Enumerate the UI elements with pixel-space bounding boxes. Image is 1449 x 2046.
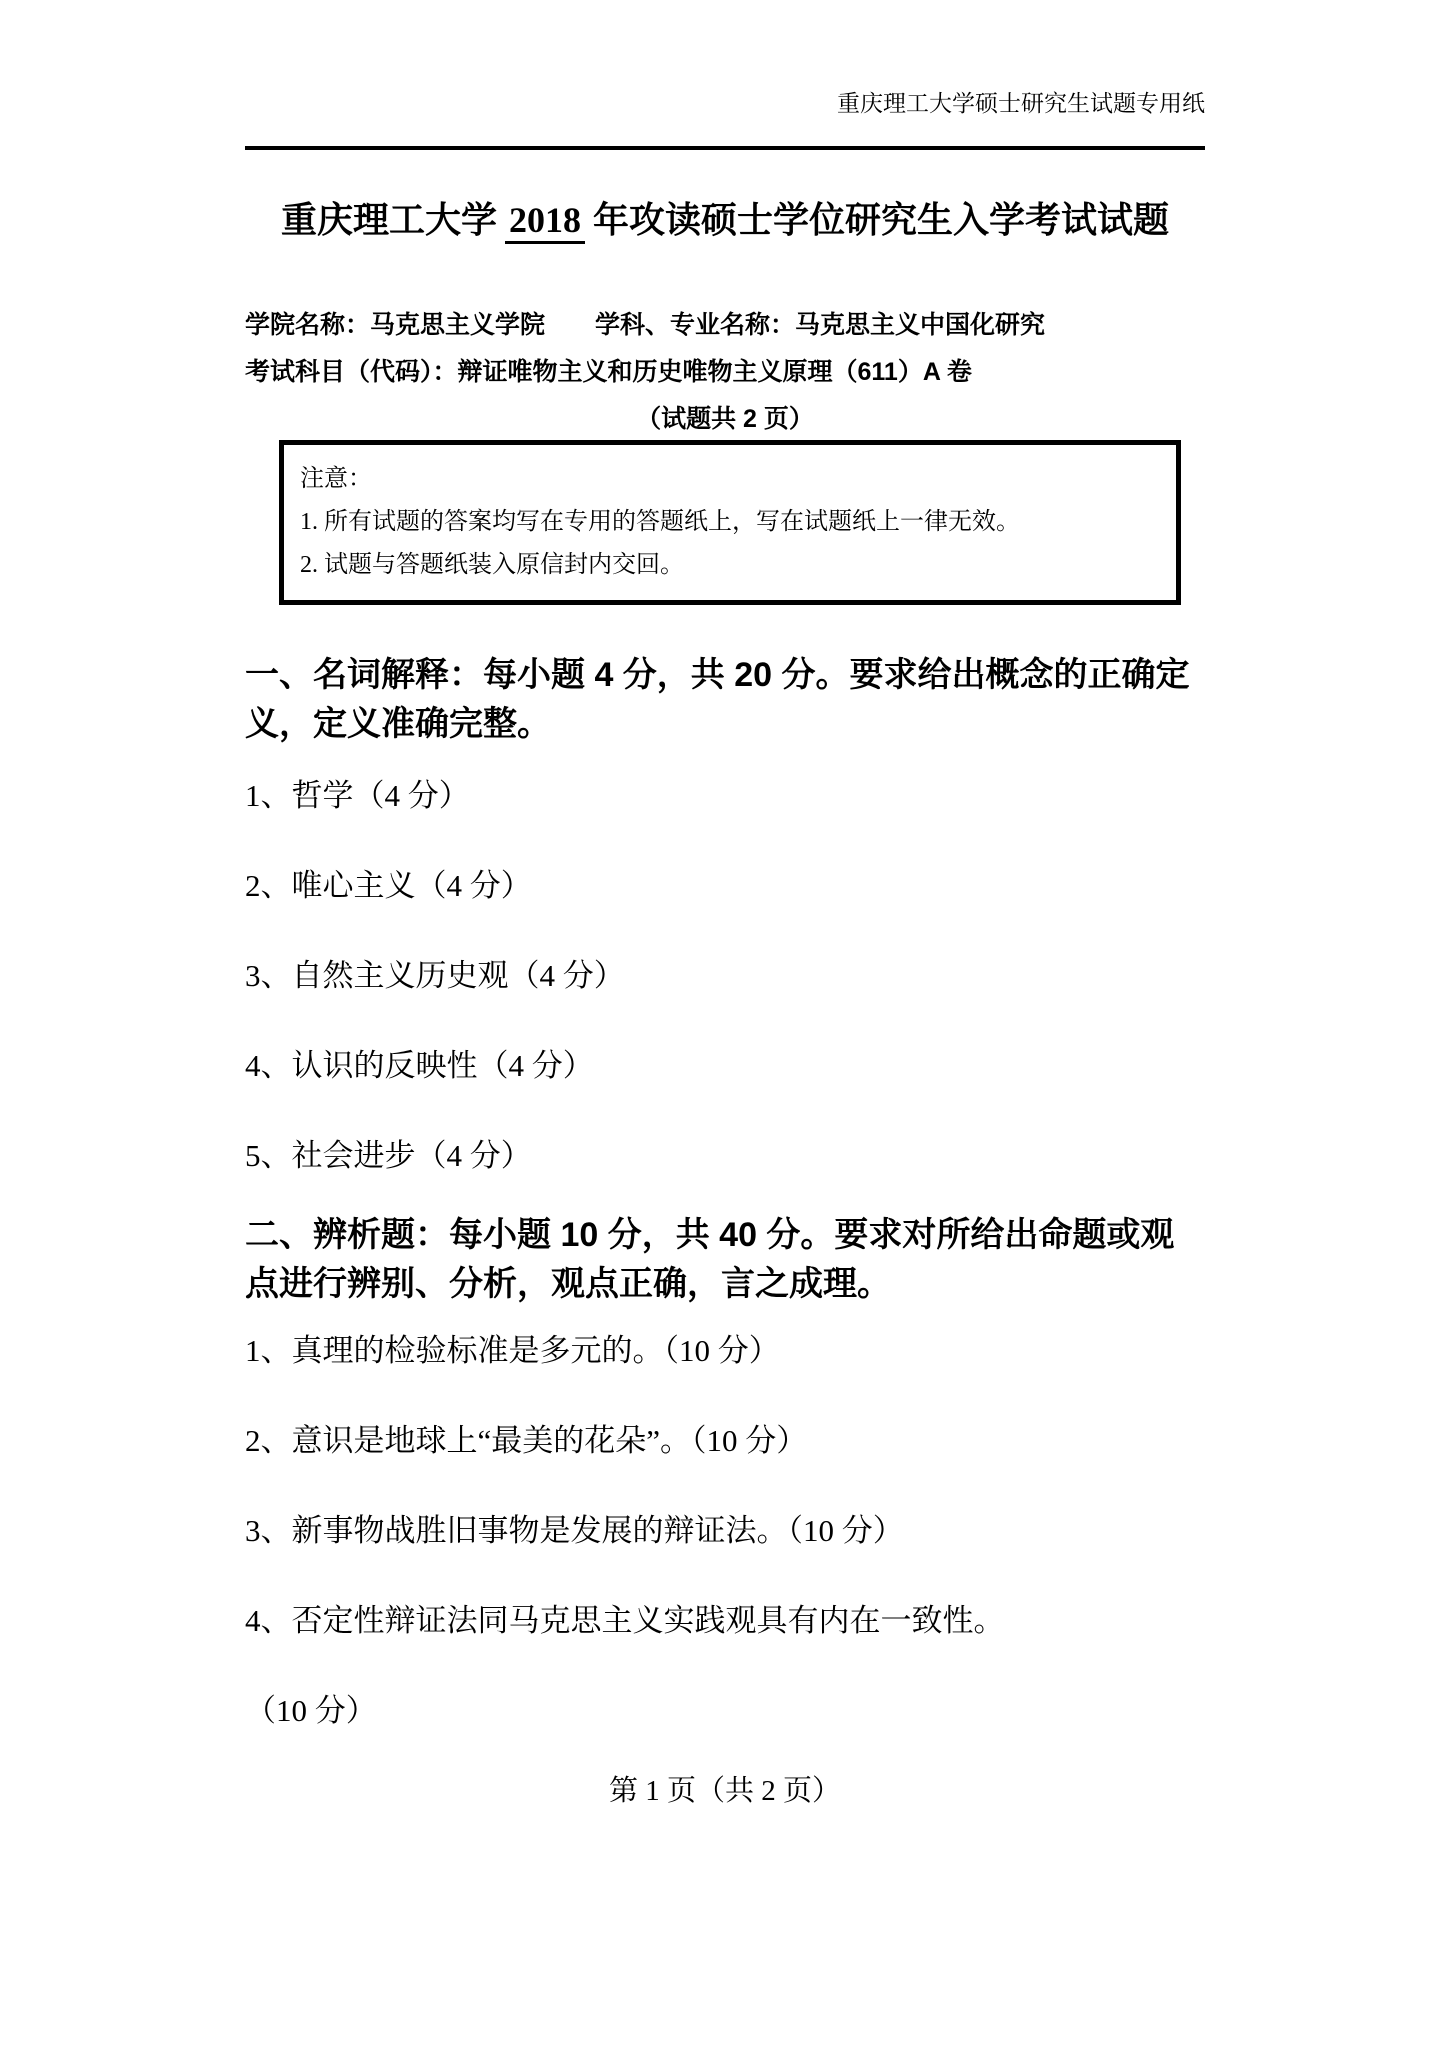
question-item-continuation: （10 分）	[245, 1693, 1205, 1729]
question-item: 3、新事物战胜旧事物是发展的辩证法。（10 分）	[245, 1513, 1205, 1549]
page-title: 重庆理工大学2018年攻读硕士学位研究生入学考试试题	[245, 198, 1205, 242]
title-year-underlined: 2018	[505, 200, 585, 244]
question-item: 2、唯心主义（4 分）	[245, 868, 1205, 904]
title-prefix: 重庆理工大学	[281, 199, 497, 240]
notice-box: 注意： 1. 所有试题的答案均写在专用的答题纸上，写在试题纸上一律无效。 2. …	[279, 440, 1181, 605]
page-footer: 第 1 页（共 2 页）	[245, 1773, 1205, 1809]
question-item: 1、真理的检验标准是多元的。（10 分）	[245, 1333, 1205, 1369]
notice-item-2: 2. 试题与答题纸装入原信封内交回。	[300, 544, 1166, 587]
info-line-1: 学院名称：马克思主义学院学科、专业名称：马克思主义中国化研究	[245, 310, 1205, 340]
exam-info: 学院名称：马克思主义学院学科、专业名称：马克思主义中国化研究 考试科目（代码）：…	[245, 310, 1205, 387]
header-note: 重庆理工大学硕士研究生试题专用纸	[245, 0, 1205, 118]
college-name: 学院名称：马克思主义学院	[245, 311, 545, 339]
notice-item-1: 1. 所有试题的答案均写在专用的答题纸上，写在试题纸上一律无效。	[300, 501, 1166, 544]
question-item: 1、哲学（4 分）	[245, 778, 1205, 814]
header-rule	[245, 146, 1205, 150]
question-item: 5、社会进步（4 分）	[245, 1138, 1205, 1174]
question-item: 4、否定性辩证法同马克思主义实践观具有内在一致性。	[245, 1603, 1205, 1639]
question-item: 3、自然主义历史观（4 分）	[245, 958, 1205, 994]
subject-line: 考试科目（代码）：辩证唯物主义和历史唯物主义原理（611）A 卷	[245, 357, 1205, 387]
title-suffix: 年攻读硕士学位研究生入学考试试题	[593, 199, 1169, 240]
section-2-heading: 二、辨析题：每小题 10 分，共 40 分。要求对所给出命题或观点进行辨别、分析…	[245, 1211, 1205, 1309]
pages-note: （试题共 2 页）	[245, 404, 1205, 434]
exam-paper-page: 重庆理工大学硕士研究生试题专用纸 重庆理工大学2018年攻读硕士学位研究生入学考…	[0, 0, 1449, 2046]
major-name: 学科、专业名称：马克思主义中国化研究	[595, 311, 1045, 339]
section-2-items: 1、真理的检验标准是多元的。（10 分） 2、意识是地球上“最美的花朵”。（10…	[245, 1333, 1205, 1729]
notice-label: 注意：	[300, 458, 1166, 501]
document-content: 重庆理工大学硕士研究生试题专用纸 重庆理工大学2018年攻读硕士学位研究生入学考…	[245, 0, 1205, 1809]
question-item: 2、意识是地球上“最美的花朵”。（10 分）	[245, 1423, 1205, 1459]
section-1-items: 1、哲学（4 分） 2、唯心主义（4 分） 3、自然主义历史观（4 分） 4、认…	[245, 778, 1205, 1174]
question-item: 4、认识的反映性（4 分）	[245, 1048, 1205, 1084]
section-1-heading: 一、名词解释：每小题 4 分，共 20 分。要求给出概念的正确定义，定义准确完整…	[245, 651, 1205, 749]
